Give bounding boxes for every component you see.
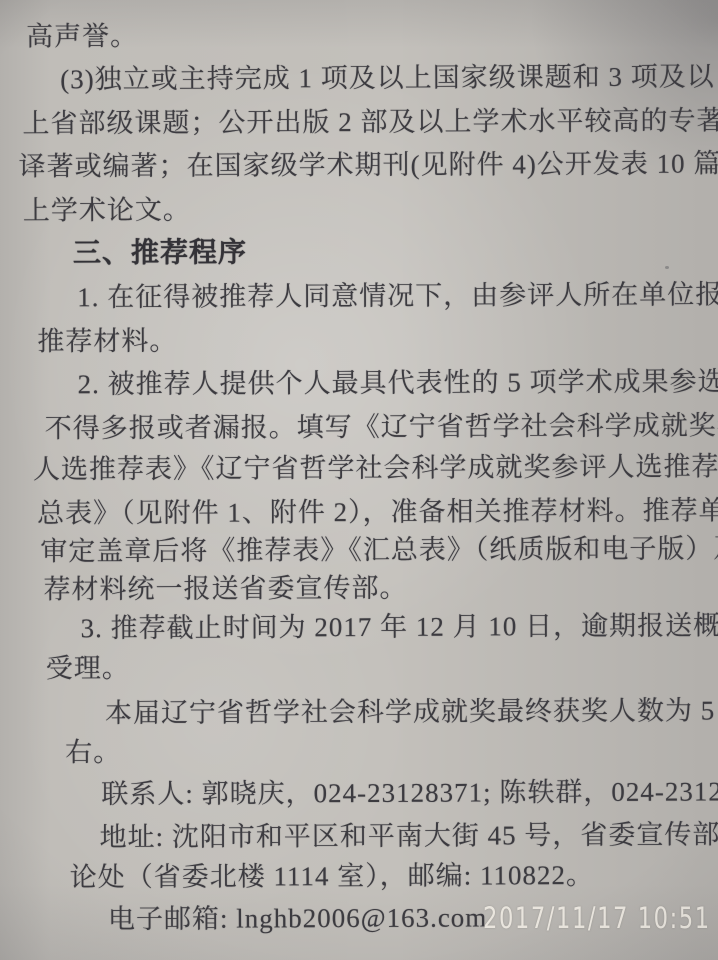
doc-line: 1. 在征得被推荐人同意情况下，由参评人所在单位报送 [77, 278, 718, 313]
document-text-block: 高声誉。 (3)独立或主持完成 1 项及以上国家级课题和 3 项及以 上省部级课… [0, 0, 718, 960]
doc-line: 地址: 沈阳市和平区和平南大街 45 号，省委宣传部理 [99, 818, 718, 853]
doc-line: (3)独立或主持完成 1 项及以上国家级课题和 3 项及以 [60, 60, 715, 95]
doc-line: 受理。 [46, 652, 130, 684]
photo-document: 高声誉。 (3)独立或主持完成 1 项及以上国家级课题和 3 项及以 上省部级课… [0, 0, 718, 960]
doc-line: 推荐材料。 [37, 325, 177, 358]
doc-line: 荐材料统一报送省委宣传部。 [43, 572, 407, 606]
doc-line: 右。 [65, 736, 121, 768]
doc-line: 本届辽宁省哲学社会科学成就奖最终获奖人数为 5 人左 [105, 694, 718, 729]
doc-line: 人选推荐表》《辽宁省哲学社会科学成就奖参评人选推荐汇 [33, 450, 718, 485]
doc-line: 译著或编著；在国家级学术期刊(见附件 4)公开发表 10 篇以 [19, 147, 718, 182]
doc-line: 联系人: 郭晓庆，024-23128371; 陈轶群，024-23128328。 [101, 775, 718, 810]
doc-line: 审定盖章后将《推荐表》《汇总表》（纸质版和电子版）及推 [40, 532, 718, 567]
doc-line: 总表》（见附件 1、附件 2），准备相关推荐材料。推荐单位 [37, 494, 718, 529]
camera-timestamp: 2017/11/17 10:51 [483, 901, 711, 935]
doc-line: 上学术论文。 [23, 194, 191, 227]
doc-line: 论处（省委北楼 1114 室），邮编: 110822。 [70, 859, 594, 893]
doc-line: 2. 被推荐人提供个人最具代表性的 5 项学术成果参选， [78, 365, 718, 400]
doc-line: 3. 推荐截止时间为 2017 年 12 月 10 日，逾期报送概不 [81, 609, 718, 644]
doc-line: 上省部级课题；公开出版 2 部及以上学术水平较高的专著、 [22, 104, 718, 139]
doc-line: 高声誉。 [26, 20, 138, 52]
paper-speck [665, 266, 669, 269]
doc-line: 电子邮箱: lnghb2006@163.com [108, 901, 487, 935]
section-heading: 三、推荐程序 [73, 237, 247, 270]
doc-line: 不得多报或者漏报。填写《辽宁省哲学社会科学成就奖参评 [45, 409, 718, 444]
